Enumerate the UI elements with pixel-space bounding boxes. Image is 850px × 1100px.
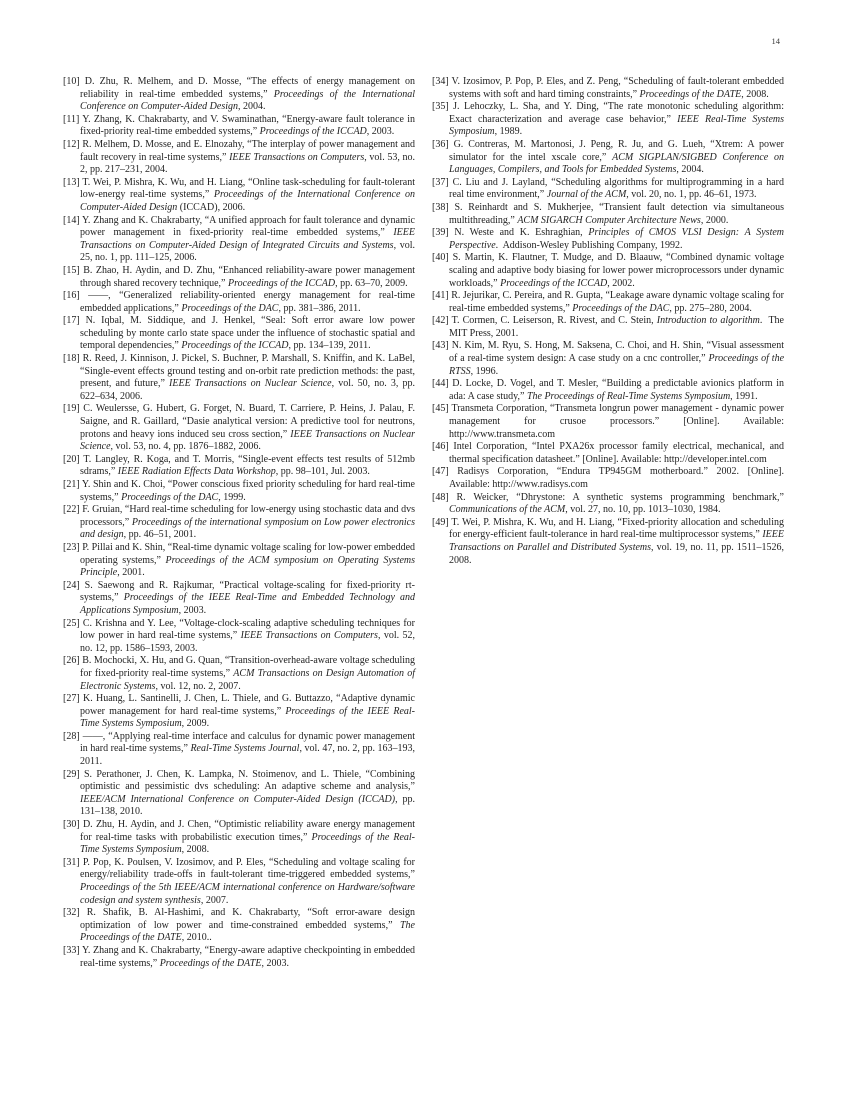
reference-number: [17] [63, 315, 80, 326]
reference-entry: [32] R. Shafik, B. Al-Hashimi, and K. Ch… [63, 907, 415, 945]
reference-text: , vol. 12, no. 2, 2007. [155, 681, 240, 692]
reference-venue: Proceedings of the ICCAD [260, 126, 367, 137]
reference-entry: [48] R. Weicker, “Dhrystone: A synthetic… [432, 492, 784, 517]
reference-venue: Real-Time Systems Journal [190, 743, 299, 754]
reference-text: , 2000. [701, 215, 729, 226]
paper-page: 14 [10] D. Zhu, R. Melhem, and D. Mosse,… [0, 0, 850, 1100]
reference-number: [45] [432, 403, 449, 414]
reference-venue: Proceedings of the DAC [121, 492, 218, 503]
reference-number: [38] [432, 202, 449, 213]
reference-text: , pp. 98–101, Jul. 2003. [276, 466, 370, 477]
reference-number: [48] [432, 492, 449, 503]
reference-entry: [47] Radisys Corporation, “Endura TP945G… [432, 466, 784, 491]
reference-number: [28] [63, 731, 80, 742]
reference-text: Intel Corporation, “Intel PXA26x process… [449, 441, 784, 465]
reference-entry: [30] D. Zhu, H. Aydin, and J. Chen, “Opt… [63, 819, 415, 857]
reference-entry: [36] G. Contreras, M. Martonosi, J. Peng… [432, 139, 784, 177]
reference-text: , 1999. [218, 492, 246, 503]
reference-entry: [31] P. Pop, K. Poulsen, V. Izosimov, an… [63, 857, 415, 907]
reference-entry: [44] D. Locke, D. Vogel, and T. Mesler, … [432, 378, 784, 403]
reference-venue: Introduction to algorithm [657, 315, 760, 326]
page-number: 14 [772, 36, 781, 46]
reference-venue: Proceedings of the DATE [640, 89, 742, 100]
reference-text: T. Wei, P. Mishra, K. Wu, and H. Liang, … [449, 517, 784, 541]
reference-venue: Proceedings of the ICCAD [228, 278, 335, 289]
reference-text: R. Shafik, B. Al-Hashimi, and K. Chakrab… [80, 907, 415, 931]
reference-number: [21] [63, 479, 80, 490]
references-column-left: [10] D. Zhu, R. Melhem, and D. Mosse, “T… [63, 76, 415, 970]
reference-text: , 2009. [182, 718, 210, 729]
reference-number: [32] [63, 907, 80, 918]
reference-text: , vol. 20, no. 1, pp. 46–61, 1973. [626, 189, 756, 200]
reference-entry: [29] S. Perathoner, J. Chen, K. Lampka, … [63, 769, 415, 819]
reference-number: [22] [63, 504, 80, 515]
reference-text: , pp. 46–51, 2001. [124, 529, 197, 540]
reference-number: [16] [63, 290, 80, 301]
reference-venue: IEEE Transactions on Computers [229, 152, 364, 163]
reference-entry: [12] R. Melhem, D. Mosse, and E. Elnozah… [63, 139, 415, 177]
reference-venue: IEEE Radiation Effects Data Workshop [118, 466, 276, 477]
reference-text: , 2004. [238, 101, 266, 112]
reference-number: [11] [63, 114, 79, 125]
reference-venue: IEEE Transactions on Nuclear Science [169, 378, 332, 389]
reference-venue: The Proceedings of Real-Time Systems Sym… [527, 391, 730, 402]
reference-number: [33] [63, 945, 80, 956]
reference-number: [46] [432, 441, 449, 452]
reference-text: , 2010.. [182, 932, 212, 943]
reference-number: [39] [432, 227, 449, 238]
reference-entry: [19] C. Weulersse, G. Hubert, G. Forget,… [63, 403, 415, 453]
reference-text: Y. Zhang and K. Chakrabarty, “A unified … [80, 215, 415, 239]
reference-text: , 2008. [741, 89, 769, 100]
reference-number: [14] [63, 215, 80, 226]
reference-entry: [14] Y. Zhang and K. Chakrabarty, “A uni… [63, 215, 415, 265]
reference-text: , pp. 275–280, 2004. [669, 303, 752, 314]
reference-text: , pp. 381–386, 2011. [278, 303, 360, 314]
reference-number: [26] [63, 655, 80, 666]
reference-text: , 1991. [730, 391, 758, 402]
reference-number: [25] [63, 618, 80, 629]
reference-text: , vol. 27, no. 10, pp. 1013–1030, 1984. [565, 504, 720, 515]
reference-entry: [41] R. Jejurikar, C. Pereira, and R. Gu… [432, 290, 784, 315]
reference-text: , 2003. [367, 126, 395, 137]
reference-number: [15] [63, 265, 80, 276]
reference-entry: [38] S. Reinhardt and S. Mukherjee, “Tra… [432, 202, 784, 227]
reference-entry: [28] ——, “Applying real-time interface a… [63, 731, 415, 769]
reference-text: T. Cormen, C. Leiserson, R. Rivest, and … [452, 315, 657, 326]
reference-text: , 2002. [607, 278, 635, 289]
reference-entry: [39] N. Weste and K. Eshraghian, Princip… [432, 227, 784, 252]
reference-entry: [23] P. Pillai and K. Shin, “Real-time d… [63, 542, 415, 580]
reference-text: , 2007. [201, 895, 229, 906]
reference-text: , pp. 134–139, 2011. [288, 340, 370, 351]
reference-text: P. Pop, K. Poulsen, V. Izosimov, and P. … [80, 857, 415, 881]
reference-entry: [49] T. Wei, P. Mishra, K. Wu, and H. Li… [432, 517, 784, 567]
reference-entry: [34] V. Izosimov, P. Pop, P. Eles, and Z… [432, 76, 784, 101]
reference-entry: [17] N. Iqbal, M. Siddique, and J. Henke… [63, 315, 415, 353]
reference-number: [40] [432, 252, 449, 263]
reference-number: [37] [432, 177, 449, 188]
reference-number: [19] [63, 403, 80, 414]
reference-number: [18] [63, 353, 80, 364]
reference-text: , 2008. [182, 844, 210, 855]
reference-entry: [40] S. Martin, K. Flautner, T. Mudge, a… [432, 252, 784, 290]
reference-venue: Proceedings of the 5th IEEE/ACM internat… [80, 882, 415, 906]
reference-text: R. Weicker, “Dhrystone: A synthetic syst… [457, 492, 785, 503]
reference-number: [30] [63, 819, 80, 830]
reference-number: [20] [63, 454, 80, 465]
reference-text: , vol. 53, no. 4, pp. 1876–1882, 2006. [111, 441, 261, 452]
reference-text: . Addison-Wesley Publishing Company, 199… [496, 240, 683, 251]
reference-venue: Proceedings of the DATE [160, 958, 262, 969]
reference-number: [10] [63, 76, 80, 87]
reference-entry: [10] D. Zhu, R. Melhem, and D. Mosse, “T… [63, 76, 415, 114]
reference-venue: IEEE/ACM International Conference on Com… [80, 794, 395, 805]
reference-venue: IEEE Transactions on Computers [241, 630, 378, 641]
reference-entry: [26] B. Mochocki, X. Hu, and G. Quan, “T… [63, 655, 415, 693]
reference-text: Radisys Corporation, “Endura TP945GM mot… [449, 466, 784, 490]
reference-number: [41] [432, 290, 449, 301]
reference-number: [12] [63, 139, 80, 150]
reference-number: [43] [432, 340, 449, 351]
reference-venue: Proceedings of the ICCAD [500, 278, 607, 289]
reference-entry: [35] J. Lehoczky, L. Sha, and Y. Ding, “… [432, 101, 784, 139]
reference-number: [29] [63, 769, 80, 780]
reference-number: [35] [432, 101, 449, 112]
reference-venue: ACM SIGARCH Computer Architecture News [517, 215, 701, 226]
reference-text: , 2003. [261, 958, 289, 969]
reference-venue: Proceedings of the ICCAD [181, 340, 288, 351]
reference-text: , 2001. [117, 567, 145, 578]
reference-venue: Journal of the ACM [547, 189, 627, 200]
reference-entry: [33] Y. Zhang and K. Chakrabarty, “Energ… [63, 945, 415, 970]
reference-text: Transmeta Corporation, “Transmeta longru… [449, 403, 784, 439]
reference-entry: [25] C. Krishna and Y. Lee, “Voltage-clo… [63, 618, 415, 656]
reference-text: (ICCAD), 2006. [177, 202, 245, 213]
reference-entry: [24] S. Saewong and R. Rajkumar, “Practi… [63, 580, 415, 618]
reference-number: [13] [63, 177, 80, 188]
reference-venue: Proceedings of the IEEE Real-Time and Em… [80, 592, 415, 616]
reference-entry: [42] T. Cormen, C. Leiserson, R. Rivest,… [432, 315, 784, 340]
reference-entry: [20] T. Langley, R. Koga, and T. Morris,… [63, 454, 415, 479]
reference-text: S. Perathoner, J. Chen, K. Lampka, N. St… [80, 769, 415, 793]
reference-entry: [45] Transmeta Corporation, “Transmeta l… [432, 403, 784, 441]
reference-text: N. Weste and K. Eshraghian, [454, 227, 588, 238]
reference-entry: [13] T. Wei, P. Mishra, K. Wu, and H. Li… [63, 177, 415, 215]
reference-text: , 1989. [495, 126, 523, 137]
reference-number: [34] [432, 76, 449, 87]
reference-text: , pp. 63–70, 2009. [335, 278, 408, 289]
reference-entry: [37] C. Liu and J. Layland, “Scheduling … [432, 177, 784, 202]
references-column-right: [34] V. Izosimov, P. Pop, P. Eles, and Z… [432, 76, 784, 970]
reference-number: [23] [63, 542, 80, 553]
reference-entry: [11] Y. Zhang, K. Chakrabarty, and V. Sw… [63, 114, 415, 139]
reference-text: , 1996. [471, 366, 499, 377]
reference-number: [49] [432, 517, 449, 528]
reference-venue: Communications of the ACM [449, 504, 565, 515]
reference-entry: [46] Intel Corporation, “Intel PXA26x pr… [432, 441, 784, 466]
reference-number: [44] [432, 378, 449, 389]
reference-entry: [21] Y. Shin and K. Choi, “Power conscio… [63, 479, 415, 504]
reference-entry: [16] ——, “Generalized reliability-orient… [63, 290, 415, 315]
reference-entry: [22] F. Gruian, “Hard real-time scheduli… [63, 504, 415, 542]
reference-venue: Proceedings of the DAC [181, 303, 278, 314]
reference-number: [24] [63, 580, 80, 591]
reference-number: [47] [432, 466, 449, 477]
reference-entry: [15] B. Zhao, H. Aydin, and D. Zhu, “Enh… [63, 265, 415, 290]
reference-number: [31] [63, 857, 80, 868]
reference-text: , 2004. [676, 164, 704, 175]
reference-entry: [18] R. Reed, J. Kinnison, J. Pickel, S.… [63, 353, 415, 403]
reference-entry: [27] K. Huang, L. Santinelli, J. Chen, L… [63, 693, 415, 731]
reference-number: [27] [63, 693, 80, 704]
references-section: [10] D. Zhu, R. Melhem, and D. Mosse, “T… [63, 76, 784, 970]
reference-text: , 2003. [179, 605, 207, 616]
reference-venue: Proceedings of the DAC [572, 303, 669, 314]
reference-entry: [43] N. Kim, M. Ryu, S. Hong, M. Saksena… [432, 340, 784, 378]
reference-number: [42] [432, 315, 449, 326]
reference-number: [36] [432, 139, 449, 150]
